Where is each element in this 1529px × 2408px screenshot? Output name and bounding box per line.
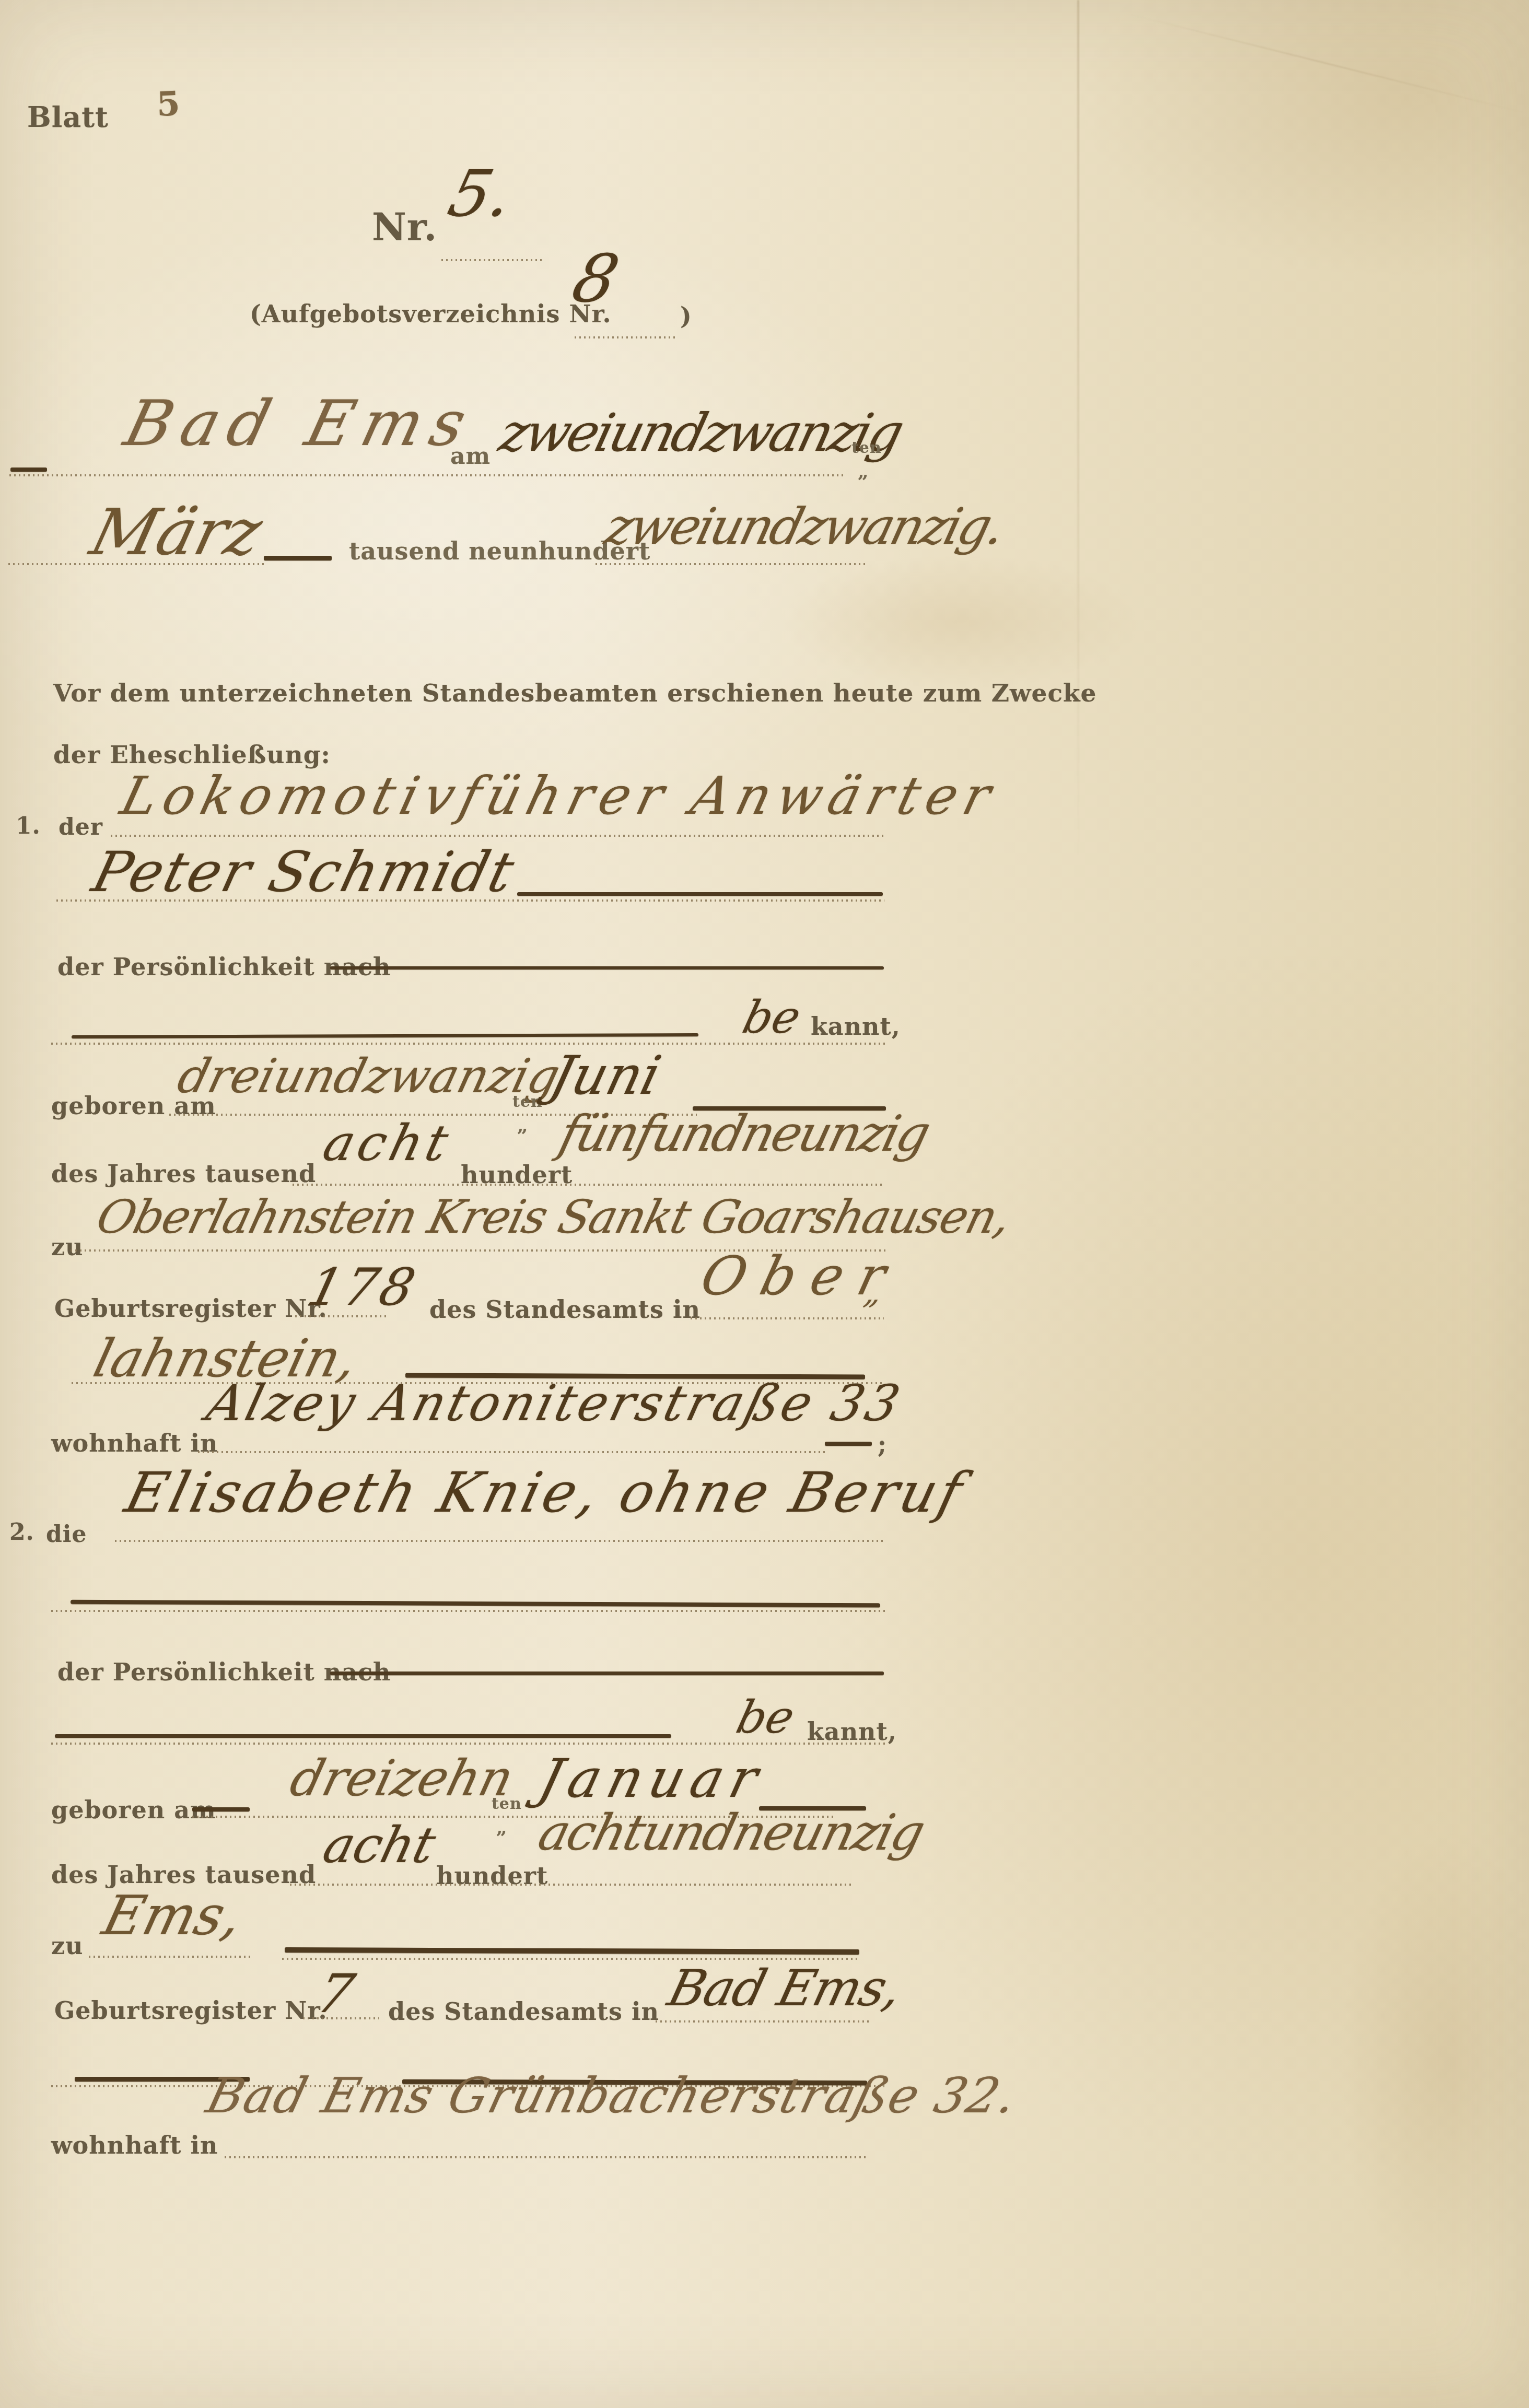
dotted-rule — [656, 2020, 870, 2023]
groom-birth-day: dreiundzwanzig — [172, 1049, 565, 1104]
dotted-rule — [441, 259, 543, 261]
bride-kannt-label: kannt, — [807, 1717, 897, 1746]
dateline-ordinal-suffix: ten — [851, 439, 882, 457]
bride-residence: Bad Ems Grünbacherstraße 32. — [201, 2067, 1023, 2124]
bride-article: die — [46, 1521, 87, 1548]
groom-residence: Alzey Antoniterstraße 33 — [201, 1375, 908, 1432]
ditto-mark: „ — [517, 1115, 529, 1137]
bride-birth-day: dreizehn — [285, 1750, 519, 1807]
ink-line — [517, 892, 883, 896]
dotted-rule — [8, 563, 264, 565]
standesamt-label: des Standesamts in — [429, 1295, 701, 1324]
groom-kannt-label: kannt, — [811, 1012, 901, 1041]
record-number-label: Nr. — [372, 205, 437, 249]
paper-stain — [1337, 1828, 1529, 2298]
dotted-rule — [295, 1315, 389, 1317]
ink-dash — [264, 556, 332, 560]
groom-be: be — [738, 991, 806, 1044]
bride-index: 2. — [9, 1519, 34, 1546]
dotted-rule — [225, 2156, 867, 2158]
groom-century: acht — [318, 1115, 458, 1172]
dotted-rule — [51, 1610, 887, 1612]
dateline-month: März — [84, 495, 270, 569]
paper-crease-vertical — [1077, 0, 1079, 862]
dotted-rule — [596, 563, 867, 565]
dateline-day: zweiundzwanzig — [494, 402, 907, 463]
des-jahres-label: des Jahres tausend — [51, 1160, 316, 1188]
dotted-rule — [575, 336, 676, 338]
standesamt-label: des Standesamts in — [388, 1997, 659, 2026]
bride-birth-year: achtundneunzig — [533, 1804, 929, 1862]
dotted-rule — [691, 1317, 884, 1319]
geburtsregister-label: Geburtsregister Nr. — [54, 1294, 327, 1323]
ink-line — [330, 1671, 884, 1675]
dotted-rule — [303, 2017, 379, 2019]
dotted-rule — [9, 474, 845, 476]
ditto-mark: „ — [858, 461, 869, 483]
wohnhaft-label: wohnhaft in — [51, 1429, 218, 1457]
ink-dash — [192, 1807, 250, 1811]
zu-label: zu — [51, 1233, 84, 1261]
ordinal-suffix: ten — [512, 1093, 543, 1111]
dotted-rule — [56, 899, 884, 902]
ink-line — [285, 1947, 859, 1955]
aufgebot-number-value: 8 — [565, 240, 626, 317]
groom-index: 1. — [16, 813, 41, 839]
groom-article: der — [59, 814, 103, 840]
sheet-label: Blatt — [27, 100, 109, 134]
paper-crease-diagonal — [1129, 14, 1525, 114]
bride-be: be — [731, 1691, 800, 1744]
dotted-rule — [293, 1184, 883, 1186]
intro-line1: Vor dem unterzeichneten Standesbeamten e… — [53, 679, 1096, 708]
zu-label: zu — [51, 1932, 84, 1960]
groom-birth-year: fünfundneunzig — [554, 1105, 934, 1163]
ink-line — [55, 1734, 671, 1738]
groom-occupation: Lokomotivführer Anwärter — [115, 765, 1003, 826]
dateline-am-label: am — [450, 443, 491, 470]
dateline-place: Bad Ems — [118, 388, 482, 460]
bride-century: acht — [318, 1817, 441, 1874]
dotted-rule — [89, 1956, 251, 1958]
sheet-number-stamp: 5 — [156, 84, 181, 124]
bride-birth-place: Ems, — [97, 1884, 249, 1947]
ink-dash — [10, 467, 47, 472]
bride-birth-month: Januar — [533, 1748, 771, 1810]
dotted-rule — [198, 1451, 825, 1453]
semicolon: ; — [878, 1430, 887, 1458]
dateline-year: zweiundzwanzig. — [600, 497, 1009, 556]
geboren-am-label: geboren am — [51, 1796, 216, 1824]
ink-dash — [825, 1442, 872, 1446]
dotted-rule — [111, 835, 884, 837]
ink-line — [71, 1600, 880, 1608]
aufgebot-close-paren: ) — [680, 302, 692, 330]
ditto-mark: „ — [496, 1817, 508, 1839]
paper-stain — [778, 554, 1144, 689]
dotted-rule — [290, 1884, 851, 1886]
ordinal-suffix: ten — [492, 1795, 522, 1813]
bride-standesamt-place: Bad Ems, — [662, 1960, 906, 2017]
record-number-value: 5. — [441, 157, 521, 231]
groom-birth-month: Juni — [544, 1045, 667, 1107]
groom-birth-place: Oberlahnstein Kreis Sankt Goarshausen, — [91, 1190, 1016, 1244]
dotted-rule — [115, 1540, 883, 1542]
wohnhaft-label: wohnhaft in — [51, 2131, 218, 2159]
bride-register-number: 7 — [311, 1963, 360, 2025]
bride-name-occupation: Elisabeth Knie, ohne Beruf — [119, 1460, 972, 1525]
groom-name: Peter Schmidt — [86, 840, 522, 904]
groom-register-number: 178 — [302, 1258, 424, 1317]
geburtsregister-label: Geburtsregister Nr. — [54, 1996, 327, 2025]
registry-form-page: Blatt 5 Nr. 5. (Aufgebotsverzeichnis Nr.… — [0, 0, 1529, 2408]
ink-line — [330, 966, 884, 969]
aufgebot-label: (Aufgebotsverzeichnis Nr. — [250, 300, 612, 328]
ink-line — [72, 1033, 698, 1038]
